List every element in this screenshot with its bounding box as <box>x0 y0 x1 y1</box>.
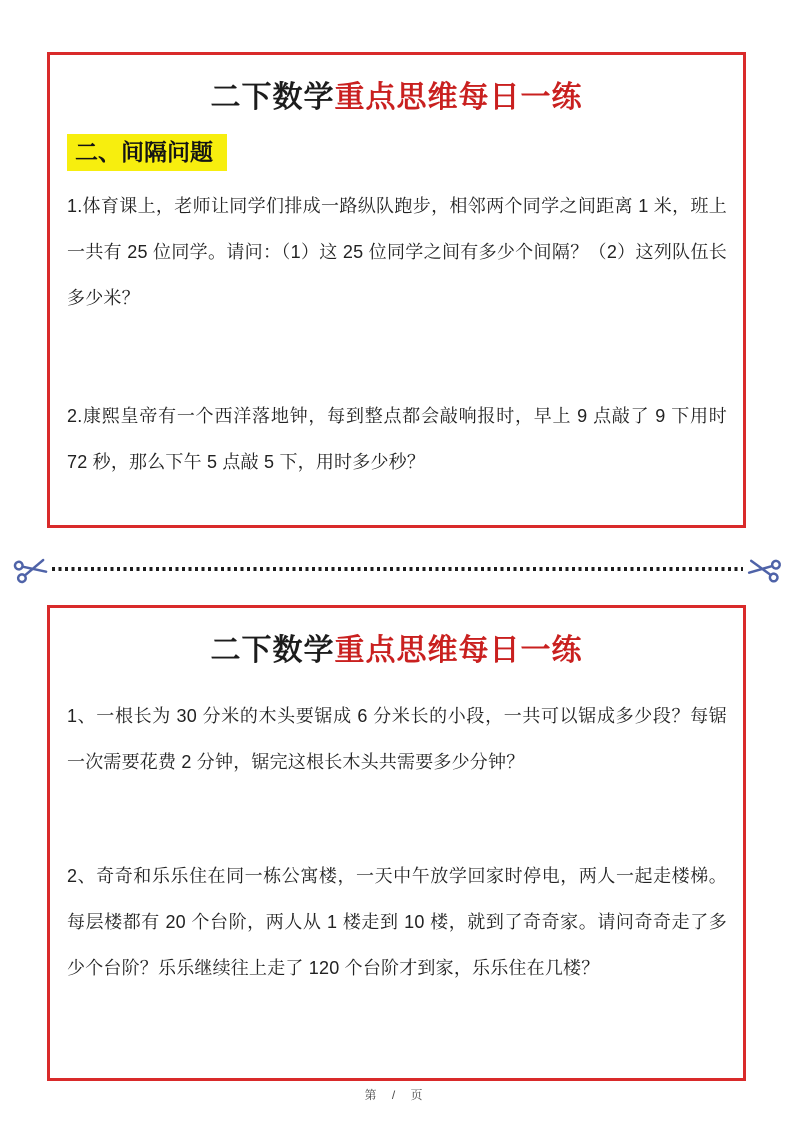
worksheet-title: 二下数学重点思维每日一练 <box>50 632 743 670</box>
problem-text-2: 2、奇奇和乐乐住在同一栋公寓楼，一天中午放学回家时停电，两人一起走楼梯。每层楼都… <box>67 853 727 991</box>
title-red-part: 重点思维每日一练 <box>335 634 583 667</box>
page-footer: 第 / 页 <box>0 1086 793 1103</box>
title-black-part: 二下数学 <box>211 81 335 114</box>
section-heading-highlighted: 二、间隔问题 <box>67 134 227 171</box>
worksheet-title: 二下数学重点思维每日一练 <box>50 79 743 117</box>
cut-line <box>14 550 781 588</box>
problem-text-1: 1、一根长为 30 分米的木头要锯成 6 分米长的小段，一共可以锯成多少段？每锯… <box>67 693 727 785</box>
scissors-left-icon <box>11 550 53 588</box>
scissors-right-icon <box>743 551 784 587</box>
title-red-part: 重点思维每日一练 <box>335 81 583 114</box>
problem-text-1: 1.体育课上，老师让同学们排成一路纵队跑步，相邻两个同学之间距离 1 米，班上一… <box>67 183 727 321</box>
worksheet-card-bottom: 二下数学重点思维每日一练 1、一根长为 30 分米的木头要锯成 6 分米长的小段… <box>47 605 746 1081</box>
worksheet-card-top: 二下数学重点思维每日一练 二、间隔问题 1.体育课上，老师让同学们排成一路纵队跑… <box>47 52 746 528</box>
problem-text-2: 2.康熙皇帝有一个西洋落地钟，每到整点都会敲响报时，早上 9 点敲了 9 下用时… <box>67 393 727 485</box>
dotted-cut-line <box>52 567 743 571</box>
title-black-part: 二下数学 <box>211 634 335 667</box>
